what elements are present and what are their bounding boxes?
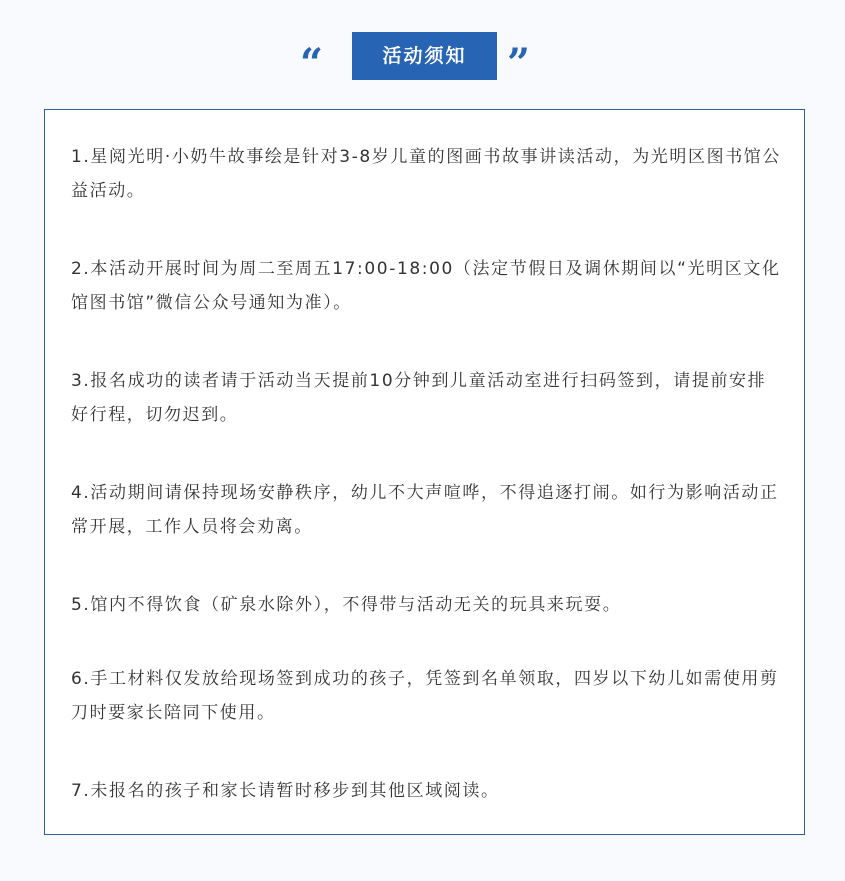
notice-box: 1.星阅光明·小奶牛故事绘是针对3-8岁儿童的图画书故事讲读活动，为光明区图书馆… [44,109,805,835]
notice-item-5: 5.馆内不得饮食（矿泉水除外），不得带与活动无关的玩具来玩耍。 [71,588,783,622]
notice-item-7: 7.未报名的孩子和家长请暂时移步到其他区域阅读。 [71,774,783,808]
open-quote-icon: “ [300,40,323,88]
notice-item-3: 3.报名成功的读者请于活动当天提前10分钟到儿童活动室进行扫码签到，请提前安排好… [71,364,783,432]
section-title-badge: 活动须知 [352,32,497,80]
section-header: “ 活动须知 ” [0,32,845,80]
close-quote-icon: ” [507,40,530,88]
notice-item-4: 4.活动期间请保持现场安静秩序，幼儿不大声喧哗，不得追逐打闹。如行为影响活动正常… [71,476,783,544]
notice-item-2: 2.本活动开展时间为周二至周五17:00-18:00（法定节假日及调休期间以“光… [71,252,783,320]
notice-item-1: 1.星阅光明·小奶牛故事绘是针对3-8岁儿童的图画书故事讲读活动，为光明区图书馆… [71,140,783,208]
notice-item-6: 6.手工材料仅发放给现场签到成功的孩子，凭签到名单领取，四岁以下幼儿如需使用剪刀… [71,662,783,730]
